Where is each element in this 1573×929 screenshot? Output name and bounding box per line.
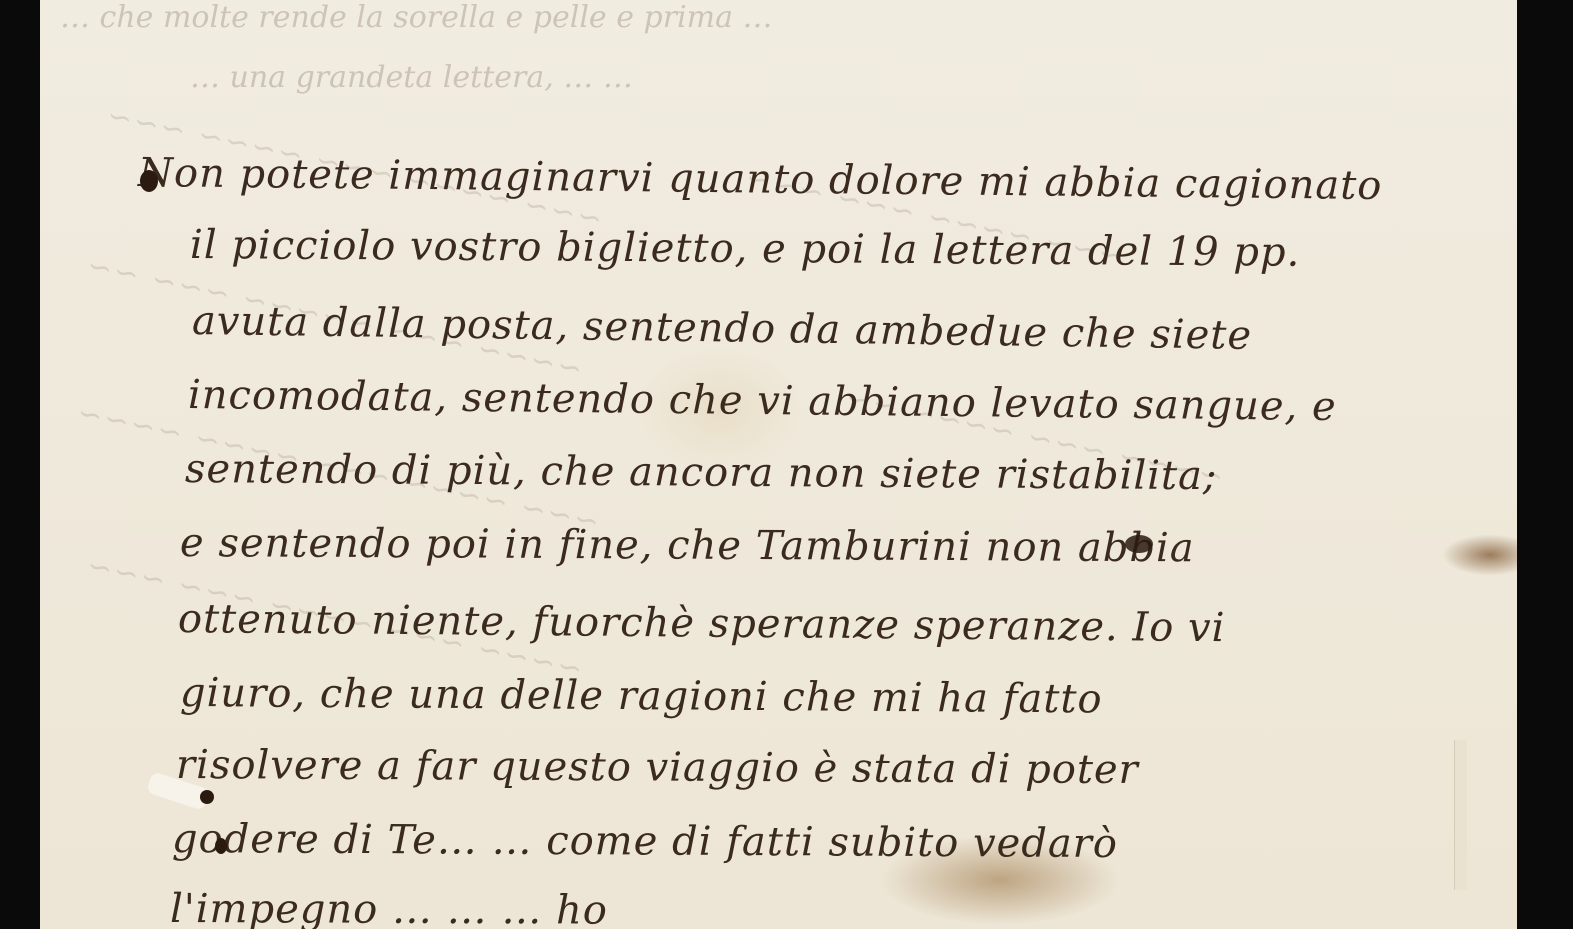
letter-line-1: Non potete immaginarvi quanto dolore mi … <box>138 150 1383 209</box>
scan-border-right <box>1517 0 1573 929</box>
letter-line-11: l'impegno … … … ho <box>170 886 608 929</box>
letter-line-9: risolvere a far questo viaggio è stata d… <box>176 742 1139 793</box>
scan-border-left <box>0 0 40 929</box>
letter-line-2: il picciolo vostro biglietto, e poi la l… <box>190 222 1301 276</box>
line-text: incomodata, sentendo che vi abbiano leva… <box>188 372 1337 430</box>
ink-blot <box>1125 535 1153 553</box>
line-text: giuro, che una delle ragioni che mi ha f… <box>180 670 1103 722</box>
line-text: Non potete immaginarvi quanto dolore mi … <box>138 150 1383 209</box>
letter-page: … che molte rende la sorella e pelle e p… <box>40 0 1517 929</box>
letter-line-4: incomodata, sentendo che vi abbiano leva… <box>188 372 1337 430</box>
ink-blot <box>200 790 214 804</box>
letter-line-8: giuro, che una delle ragioni che mi ha f… <box>180 670 1103 722</box>
scan-frame: … che molte rende la sorella e pelle e p… <box>0 0 1573 929</box>
letter-line-7: ottenuto niente, fuorchè speranze speran… <box>178 596 1226 651</box>
line-text: risolvere a far questo viaggio è stata d… <box>176 742 1139 793</box>
line-text: ottenuto niente, fuorchè speranze speran… <box>178 596 1226 651</box>
paper-fold-edge <box>1454 740 1467 890</box>
line-text: godere di Te… … come di fatti subito ved… <box>172 816 1118 867</box>
line-text: e sentendo poi in fine, che Tamburini no… <box>180 520 1195 571</box>
letter-line-6: e sentendo poi in fine, che Tamburini no… <box>180 520 1195 571</box>
line-text: sentendo di più, che ancora non siete ri… <box>185 446 1218 499</box>
letter-body: Non potete immaginarvi quanto dolore mi … <box>40 0 1517 929</box>
line-text: il picciolo vostro biglietto, e poi la l… <box>190 222 1301 276</box>
line-text: avuta dalla posta, sentendo da ambedue c… <box>192 298 1253 359</box>
letter-line-5: sentendo di più, che ancora non siete ri… <box>185 446 1218 499</box>
letter-line-10: godere di Te… … come di fatti subito ved… <box>172 816 1118 867</box>
ink-blot-initial <box>140 170 158 192</box>
line-text: l'impegno … … … ho <box>170 886 608 929</box>
letter-line-3: avuta dalla posta, sentendo da ambedue c… <box>192 298 1253 359</box>
ink-blot <box>215 838 227 854</box>
